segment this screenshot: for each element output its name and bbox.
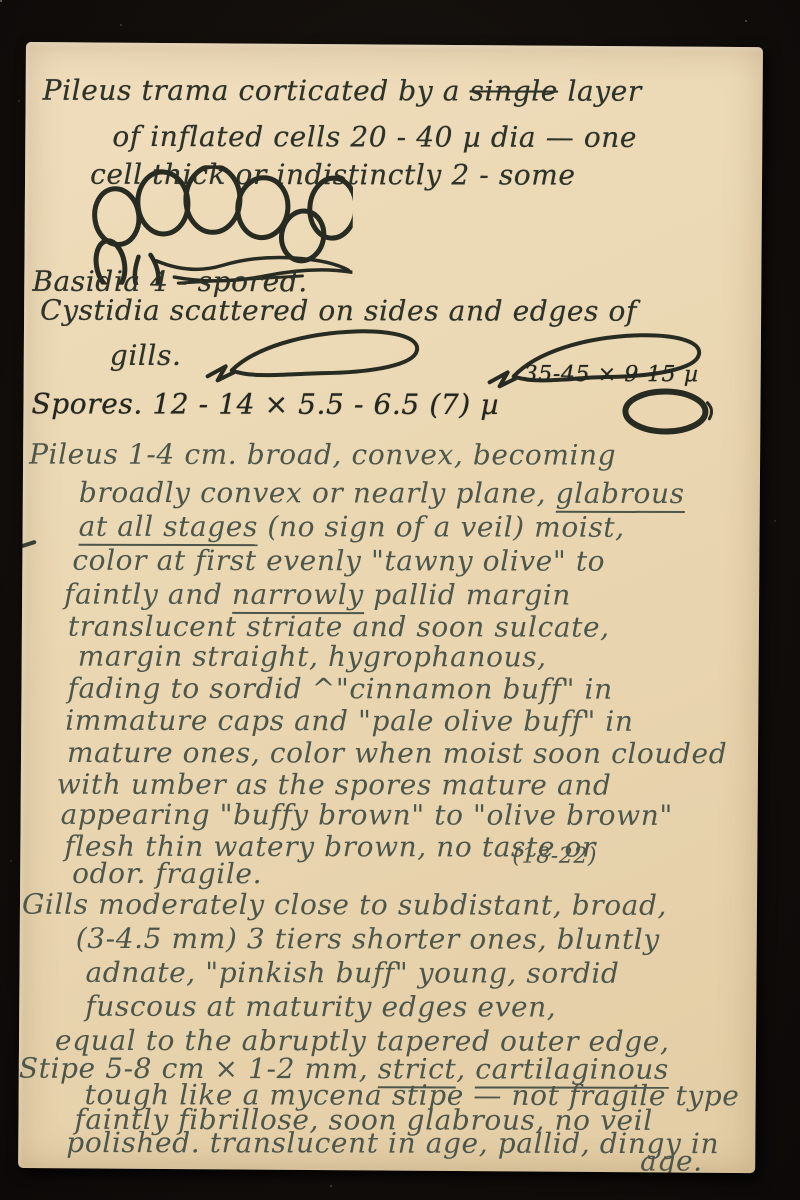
handwritten-line: with umber as the spores mature and — [57, 768, 612, 802]
note-card: Pileus trama corticated by a single laye… — [18, 42, 763, 1173]
underlined-word: at all stages — [79, 510, 258, 546]
line-text: layer — [558, 75, 642, 108]
handwritten-line: Spores. 12 - 14 × 5.5 - 6.5 (7) µ — [31, 387, 499, 421]
underlined-word: narrowly — [232, 578, 364, 614]
handwritten-line: immature caps and "pale olive buff" in — [65, 704, 633, 738]
handwritten-line: color at first evenly "tawny olive" to — [72, 544, 605, 578]
line-text: broadly convex or nearly plane, — [79, 476, 556, 510]
line-text: faintly and — [64, 578, 232, 611]
line-text: (no sign of a veil) moist, — [258, 510, 625, 544]
cystidia-measurement: 35-45 × 9-15 µ — [524, 362, 699, 387]
line-text: Pileus trama corticated by a — [43, 74, 470, 108]
handwritten-line: adnate, "pinkish buff" young, sordid — [85, 956, 619, 990]
handwritten-line: faintly and narrowly pallid margin — [64, 578, 571, 612]
margin-mark — [20, 540, 36, 549]
handwritten-line: translucent striate and soon sulcate, — [68, 610, 610, 644]
underlined-word: glabrous — [556, 477, 685, 513]
handwritten-line: margin straight, hygrophanous, — [78, 640, 547, 674]
struck-word: single — [470, 74, 558, 107]
handwritten-line: fuscous at maturity edges even, — [85, 990, 556, 1024]
handwritten-line: Pileus trama corticated by a single laye… — [43, 74, 642, 108]
line-text: pallid margin — [364, 578, 571, 611]
handwritten-line: at all stages (no sign of a veil) moist, — [79, 510, 625, 544]
handwritten-line: Pileus 1-4 cm. broad, convex, becoming — [29, 438, 616, 472]
handwritten-line: Gills moderately close to subdistant, br… — [22, 888, 667, 922]
handwritten-line: fading to sordid ^"cinnamon buff" in — [67, 672, 612, 706]
spore-sketch — [619, 384, 719, 440]
handwritten-line: polished. translucent in age, pallid, di… — [66, 1126, 719, 1160]
handwritten-line: odor. fragile. — [72, 857, 262, 890]
handwritten-line: of inflated cells 20 - 40 µ dia — one — [112, 120, 637, 154]
dust-specks — [0, 0, 2, 2]
handwritten-line: appearing "buffy brown" to "olive brown" — [61, 798, 673, 832]
handwritten-line: gills. — [110, 339, 182, 372]
handwritten-line: age. — [640, 1144, 703, 1173]
handwritten-line: broadly convex or nearly plane, glabrous — [79, 476, 685, 510]
parenthetical-note: (18-22) — [512, 844, 597, 869]
handwritten-line: (3-4.5 mm) 3 tiers shorter ones, bluntly — [76, 922, 660, 956]
handwritten-line: mature ones, color when moist soon cloud… — [67, 736, 727, 770]
